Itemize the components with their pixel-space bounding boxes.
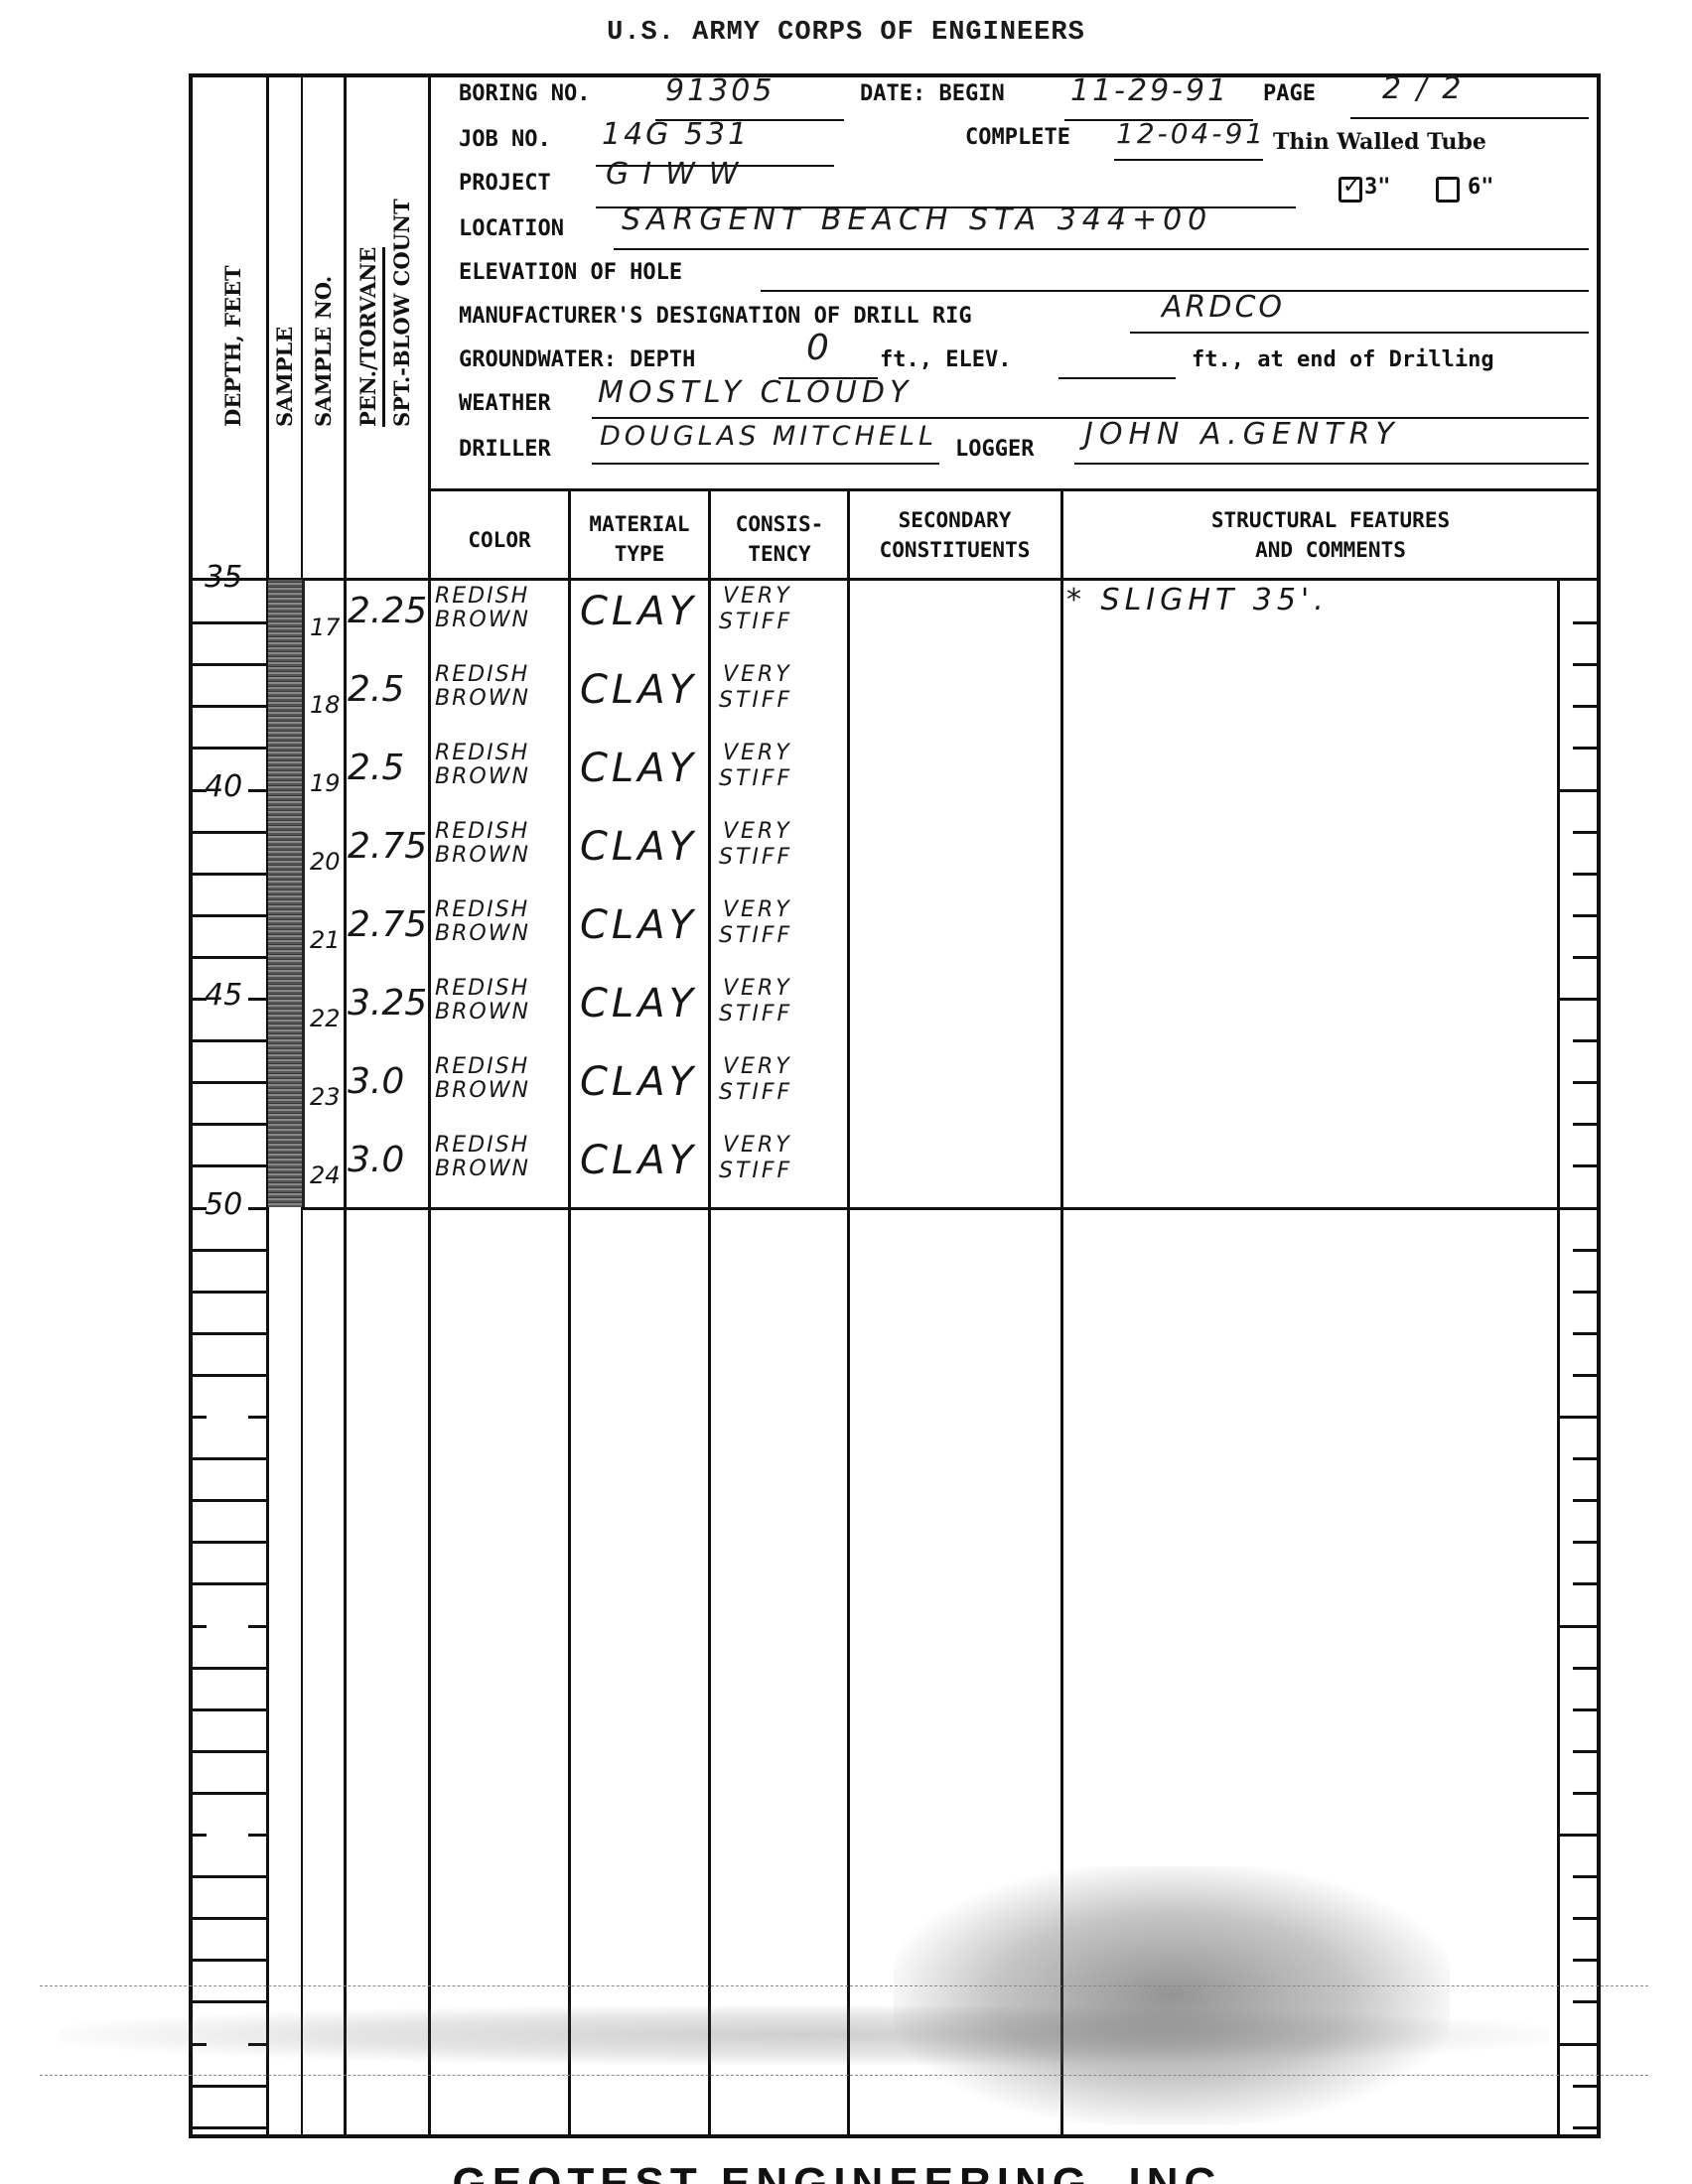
boring-no-value: 91305: [665, 73, 775, 108]
material-type-value: CLAY: [580, 670, 697, 710]
material-type-value: CLAY: [580, 1141, 697, 1180]
tube-6in-label: 6": [1468, 175, 1494, 200]
color-value-line2: BROWN: [435, 1159, 530, 1180]
groundwater-elev-underline: [1058, 377, 1176, 379]
depth-major-tick: [189, 1625, 207, 1628]
right-minor-tick: [1573, 1249, 1601, 1252]
scan-line: [40, 2075, 1648, 2077]
depth-minor-line: [189, 1708, 266, 1711]
driller-label: DRILLER: [459, 437, 551, 462]
project-value: GIWW: [606, 157, 752, 192]
depth-minor-line: [189, 1959, 266, 1962]
right-minor-tick: [1573, 1667, 1601, 1670]
header-table-divider: [428, 488, 1601, 491]
right-minor-tick: [1573, 956, 1601, 959]
footer-company: GEOTEST ENGINEERING, INC.: [0, 2156, 1692, 2184]
sample-number: 20: [310, 850, 341, 874]
right-minor-tick: [1573, 1291, 1601, 1294]
right-major-tick: [1557, 789, 1601, 792]
right-minor-tick: [1573, 1164, 1601, 1167]
right-minor-tick: [1573, 1750, 1601, 1753]
sample-number: 21: [310, 928, 341, 952]
consistency-value-line1: VERY: [723, 664, 792, 686]
page-underline: [1350, 117, 1589, 119]
depth-major-tick: [248, 1834, 266, 1837]
depth-minor-line: [189, 1750, 266, 1753]
depth-minor-line: [189, 1249, 266, 1252]
th-consistency-line2: TENCY: [711, 540, 848, 568]
right-major-tick: [1557, 1207, 1601, 1210]
color-value-line1: REDISH: [435, 1056, 529, 1078]
depth-label: 45: [205, 978, 242, 1013]
depth-minor-line: [189, 663, 266, 666]
job-no-label: JOB NO.: [459, 127, 551, 152]
material-type-value: CLAY: [580, 827, 697, 867]
consistency-value-line1: VERY: [723, 1056, 792, 1078]
groundwater-label: GROUNDWATER: DEPTH: [459, 347, 695, 372]
material-type-value: CLAY: [580, 1062, 697, 1102]
scan-line: [40, 1985, 1648, 1987]
depth-minor-line: [189, 831, 266, 834]
right-minor-tick: [1573, 663, 1601, 666]
right-major-tick: [1557, 2043, 1601, 2046]
depth-minor-line: [189, 705, 266, 708]
color-value-line1: REDISH: [435, 978, 529, 1000]
scan-noise-band: [60, 2005, 1549, 2065]
column-divider: [344, 73, 347, 2138]
consistency-value-line1: VERY: [723, 899, 792, 921]
color-value-line2: BROWN: [435, 688, 530, 710]
right-minor-tick: [1573, 1875, 1601, 1878]
drill-rig-value: ARDCO: [1162, 290, 1285, 325]
pen-torvane-value: 2.75: [348, 907, 427, 943]
structural-comment: * SLIGHT 35'.: [1066, 586, 1329, 615]
depth-major-tick: [189, 1416, 207, 1419]
color-value-line2: BROWN: [435, 845, 530, 867]
location-underline: [614, 248, 1589, 250]
color-value-line2: BROWN: [435, 766, 530, 788]
color-value-line1: REDISH: [435, 899, 529, 921]
th-material-line1: MATERIAL: [570, 510, 709, 538]
right-minor-tick: [1573, 1541, 1601, 1544]
depth-minor-line: [189, 1541, 266, 1544]
material-type-value: CLAY: [580, 749, 697, 788]
depth-label: 40: [205, 769, 242, 804]
drill-rig-label: MANUFACTURER'S DESIGNATION OF DRILL RIG: [459, 304, 972, 329]
right-minor-tick: [1573, 1332, 1601, 1335]
tube-3in-label: 3": [1364, 175, 1391, 200]
pen-torvane-value: 3.0: [348, 1064, 404, 1100]
depth-major-tick: [189, 1834, 207, 1837]
pen-torvane-header: PEN./TORVANE: [355, 247, 385, 427]
right-minor-tick: [1573, 1582, 1601, 1585]
complete-label: COMPLETE: [965, 125, 1070, 150]
th-structural-line1: STRUCTURAL FEATURES: [1062, 506, 1599, 534]
right-minor-tick: [1573, 873, 1601, 876]
depth-minor-line: [189, 914, 266, 917]
page-label: PAGE: [1263, 81, 1316, 106]
consistency-value-line2: STIFF: [719, 925, 792, 947]
depth-label: 50: [205, 1187, 242, 1222]
depth-minor-line: [189, 1332, 266, 1335]
th-material-line2: TYPE: [570, 540, 709, 568]
right-minor-tick: [1573, 1499, 1601, 1502]
color-value-line1: REDISH: [435, 1135, 529, 1157]
consistency-value-line2: STIFF: [719, 1082, 792, 1104]
table-header-bottom: [189, 578, 1601, 581]
sample-header: SAMPLE: [272, 327, 297, 427]
depth-minor-line: [189, 1792, 266, 1795]
depth-minor-line: [189, 1667, 266, 1670]
driller-underline: [592, 463, 939, 465]
sample-number: 23: [310, 1085, 341, 1109]
boring-no-label: BORING NO.: [459, 81, 590, 106]
consistency-value-line1: VERY: [723, 978, 792, 1000]
depth-minor-line: [189, 2126, 266, 2129]
weather-label: WEATHER: [459, 391, 551, 416]
sample-number: 24: [310, 1163, 341, 1187]
sample-interval-bar: [268, 580, 305, 1207]
job-no-value: 14G 531: [602, 117, 750, 152]
column-divider: [847, 488, 850, 2138]
right-minor-tick: [1573, 1917, 1601, 1920]
date-begin-label: DATE: BEGIN: [860, 81, 1005, 106]
right-minor-tick: [1573, 747, 1601, 750]
consistency-value-line2: STIFF: [719, 847, 792, 869]
elevation-label: ELEVATION OF HOLE: [459, 260, 682, 285]
depth-minor-line: [189, 747, 266, 750]
sample-number: 17: [310, 615, 341, 639]
depth-minor-line: [189, 1164, 266, 1167]
depth-minor-line: [189, 956, 266, 959]
depth-minor-line: [189, 1039, 266, 1042]
right-minor-tick: [1573, 2085, 1601, 2088]
consistency-value-line2: STIFF: [719, 690, 792, 712]
depth-minor-line: [189, 1123, 266, 1126]
color-value-line2: BROWN: [435, 1080, 530, 1102]
right-major-tick: [1557, 1416, 1601, 1419]
right-minor-tick: [1573, 831, 1601, 834]
depth-minor-line: [189, 1875, 266, 1878]
depth-major-tick: [248, 1207, 266, 1210]
right-minor-tick: [1573, 705, 1601, 708]
spt-blow-count-header: SPT.-BLOW COUNT: [389, 199, 414, 427]
depth-minor-line: [189, 873, 266, 876]
tube-6in-checkbox[interactable]: [1436, 177, 1460, 203]
depth-major-tick: [248, 1416, 266, 1419]
right-minor-tick: [1573, 1039, 1601, 1042]
consistency-value-line1: VERY: [723, 586, 792, 608]
end-of-sampling-line: [301, 1207, 1557, 1210]
right-major-tick: [1557, 998, 1601, 1001]
column-divider: [428, 73, 431, 2138]
right-minor-tick: [1573, 1457, 1601, 1460]
consistency-value-line2: STIFF: [719, 612, 792, 633]
depth-major-tick: [248, 789, 266, 792]
right-major-tick: [1557, 1834, 1601, 1837]
tube-3in-checkbox[interactable]: ✓: [1339, 177, 1362, 203]
material-type-value: CLAY: [580, 905, 697, 945]
right-minor-tick: [1573, 2126, 1601, 2129]
depth-minor-line: [189, 1291, 266, 1294]
th-structural-line2: AND COMMENTS: [1062, 536, 1599, 564]
groundwater-elev-label: ft., ELEV.: [880, 347, 1011, 372]
depth-minor-line: [189, 2000, 266, 2003]
right-minor-tick: [1573, 621, 1601, 624]
depth-minor-line: [189, 1081, 266, 1084]
th-secondary-line1: SECONDARY: [849, 506, 1060, 534]
date-complete-value: 12-04-91: [1116, 117, 1266, 150]
pen-torvane-value: 2.25: [348, 594, 427, 629]
depth-minor-line: [189, 1374, 266, 1377]
right-minor-tick: [1573, 1792, 1601, 1795]
color-value-line1: REDISH: [435, 664, 529, 686]
project-label: PROJECT: [459, 171, 551, 196]
depth-label: 35: [205, 560, 242, 595]
consistency-value-line1: VERY: [723, 743, 792, 764]
color-value-line1: REDISH: [435, 586, 529, 608]
material-type-value: CLAY: [580, 592, 697, 631]
pen-torvane-value: 2.5: [348, 751, 404, 786]
right-minor-tick: [1573, 1708, 1601, 1711]
logger-value: JOHN A.GENTRY: [1084, 417, 1400, 452]
groundwater-depth-value: 0: [806, 328, 832, 368]
depth-feet-header: DEPTH, FEET: [220, 265, 245, 427]
depth-minor-line: [189, 2085, 266, 2088]
pen-torvane-value: 2.5: [348, 672, 404, 708]
depth-minor-line: [189, 1457, 266, 1460]
pen-torvane-value: 2.75: [348, 829, 427, 865]
material-type-value: CLAY: [580, 984, 697, 1024]
logger-label: LOGGER: [955, 437, 1034, 462]
drill-rig-underline: [1130, 332, 1589, 334]
pen-torvane-value: 3.0: [348, 1143, 404, 1178]
thin-walled-tube-label: Thin Walled Tube: [1273, 129, 1486, 155]
page-value: 2 / 2: [1382, 71, 1464, 106]
right-major-tick: [1557, 1625, 1601, 1628]
depth-minor-line: [189, 1499, 266, 1502]
sample-number: 18: [310, 693, 341, 717]
driller-value: DOUGLAS MITCHELL: [600, 421, 937, 452]
column-divider: [708, 488, 711, 2138]
column-divider: [568, 488, 571, 2138]
scan-smudge: [894, 1866, 1450, 2124]
logger-underline: [1074, 463, 1589, 465]
weather-value: MOSTLY CLOUDY: [598, 375, 913, 410]
date-begin-value: 11-29-91: [1070, 73, 1229, 108]
column-divider: [1557, 578, 1560, 2138]
th-secondary-line2: CONSTITUENTS: [849, 536, 1060, 564]
depth-minor-line: [189, 1917, 266, 1920]
check-mark-icon: ✓: [1342, 176, 1360, 198]
depth-minor-line: [189, 621, 266, 624]
depth-major-tick: [248, 1625, 266, 1628]
th-color: COLOR: [431, 526, 568, 554]
consistency-value-line2: STIFF: [719, 768, 792, 790]
color-value-line2: BROWN: [435, 1002, 530, 1024]
consistency-value-line2: STIFF: [719, 1160, 792, 1182]
consistency-value-line1: VERY: [723, 821, 792, 843]
right-minor-tick: [1573, 1959, 1601, 1962]
th-consistency-line1: CONSIS-: [711, 510, 848, 538]
right-minor-tick: [1573, 1123, 1601, 1126]
complete-underline: [1114, 159, 1263, 161]
right-minor-tick: [1573, 1374, 1601, 1377]
pen-torvane-value: 3.25: [348, 986, 427, 1022]
location-label: LOCATION: [459, 216, 564, 241]
depth-major-tick: [248, 998, 266, 1001]
consistency-value-line2: STIFF: [719, 1004, 792, 1025]
right-minor-tick: [1573, 1081, 1601, 1084]
sample-number: 22: [310, 1007, 341, 1030]
consistency-value-line1: VERY: [723, 1135, 792, 1157]
right-minor-tick: [1573, 914, 1601, 917]
color-value-line2: BROWN: [435, 610, 530, 631]
color-value-line1: REDISH: [435, 743, 529, 764]
color-value-line2: BROWN: [435, 923, 530, 945]
right-minor-tick: [1573, 2000, 1601, 2003]
groundwater-end-label: ft., at end of Drilling: [1192, 347, 1494, 372]
location-value: SARGENT BEACH STA 344+00: [622, 203, 1212, 237]
depth-minor-line: [189, 1582, 266, 1585]
sample-number: 19: [310, 771, 341, 795]
sample-no-header: SAMPLE NO.: [311, 276, 336, 427]
color-value-line1: REDISH: [435, 821, 529, 843]
document-title: U.S. ARMY CORPS OF ENGINEERS: [0, 18, 1692, 48]
